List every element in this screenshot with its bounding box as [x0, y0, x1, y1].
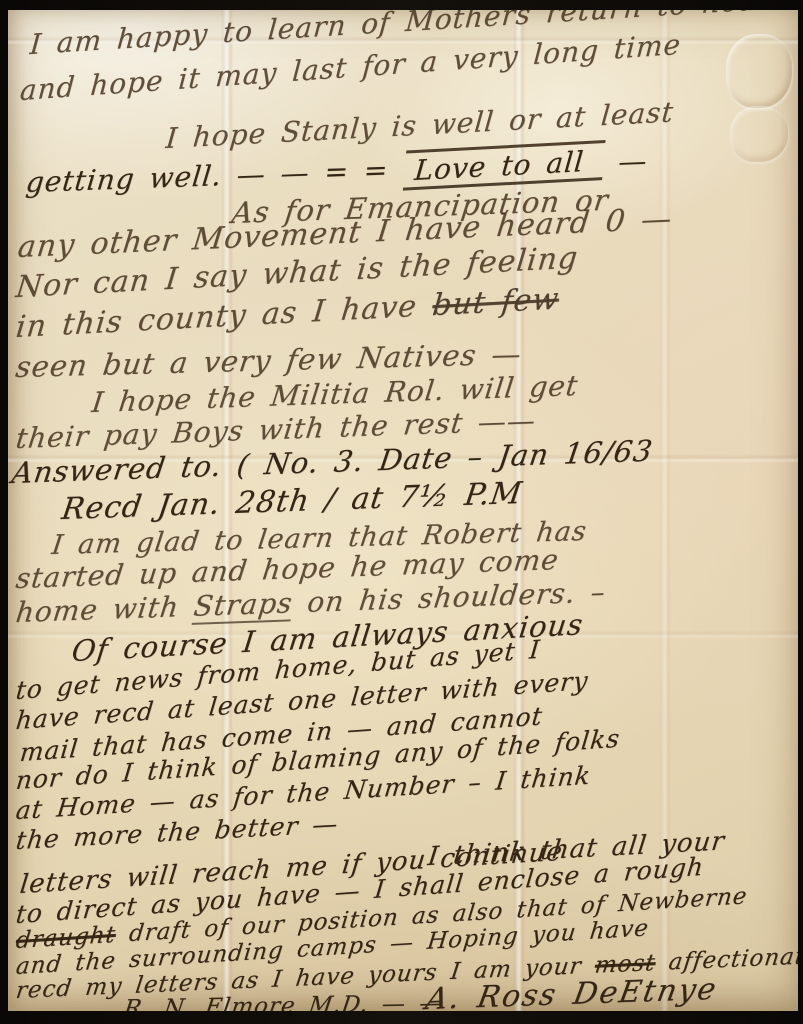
embossed-seal-icon [726, 34, 792, 108]
underlined-word: Straps [192, 586, 295, 625]
letter-line-text: home with [14, 590, 196, 629]
struck-word: but few [431, 281, 561, 323]
letter-page: I am happy to learn of Mothers return to… [8, 10, 798, 1011]
embossed-seal-lower-lobe-icon [730, 106, 788, 162]
letter-line-text: — [602, 144, 649, 179]
letter-scan: I am happy to learn of Mothers return to… [0, 0, 803, 1024]
letter-line-text: affectionate [654, 943, 798, 976]
